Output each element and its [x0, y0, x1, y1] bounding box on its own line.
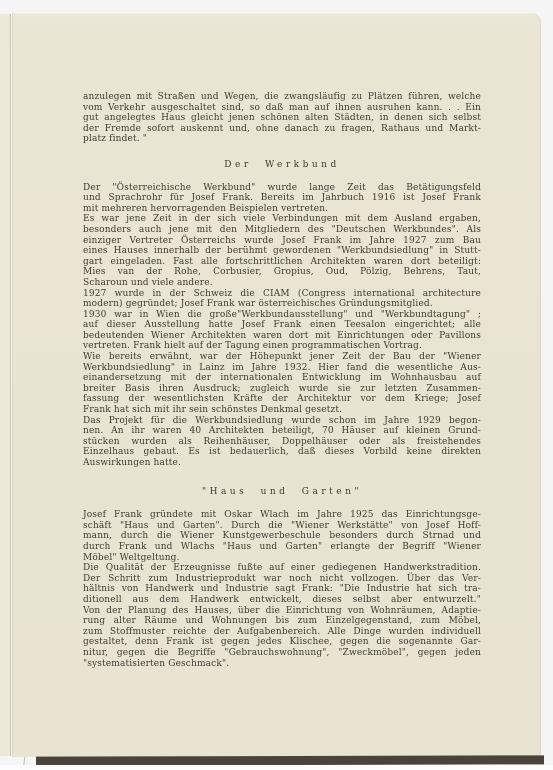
text-line: Wie bereits erwähnt, war der Höhepunkt j… — [83, 352, 481, 363]
text-line: gestaltet, denn Frank ist gegen jedes Kl… — [83, 637, 481, 648]
opening-paragraph: anzulegen mit Straßen und Wegen, die zwa… — [83, 92, 481, 145]
text-line: vertreten. Frank hielt auf der Tagung ei… — [83, 341, 481, 352]
text-line: Es war jene Zeit in der sich viele Verbi… — [83, 214, 481, 225]
text-line: besonders auch jene mit den Mitgliedern … — [83, 225, 481, 236]
text-line: zum Stoffmuster reichte der Aufgabenbere… — [83, 627, 481, 638]
paragraph-werkbund: Der "Österreichische Werkbund" wurde lan… — [83, 183, 481, 469]
text-line: platz findet. " — [83, 134, 481, 145]
underlying-page-edge — [0, 14, 11, 756]
text-line: einandersetzung mit der internationalen … — [83, 373, 481, 384]
text-line: stücken wurden als Reihenhäuser, Doppelh… — [83, 437, 481, 448]
text-line: Der Schritt zum Industrieprodukt war noc… — [83, 574, 481, 585]
section-heading-werkbund: Der Werkbund — [83, 160, 481, 171]
text-line: mit mehreren hervorragenden Beispielen v… — [83, 204, 481, 215]
text-line: Die Qualität der Erzeugnisse fußte auf e… — [83, 563, 481, 574]
text-line: Frank hat sich mit ihr sein schönstes De… — [83, 405, 481, 416]
text-line: anzulegen mit Straßen und Wegen, die zwa… — [83, 92, 481, 103]
text-line: 1930 war in Wien die große"Werkbundausst… — [83, 310, 481, 321]
text-line: nitur, gegen die Begriffe "Gebrauchswohn… — [83, 648, 481, 659]
text-line: durch Frank und Wlachs "Haus und Garten"… — [83, 542, 481, 553]
text-line: nen. An ihr waren 40 Architekten beteili… — [83, 426, 481, 437]
text-line: Mies van der Rohe, Corbusier, Gropius, O… — [83, 267, 481, 278]
text-line: Möbel" Weltgeltung. — [83, 553, 481, 564]
text-line: rung alter Räume und Wohnungen bis zum E… — [83, 616, 481, 627]
text-line: Auswirkungen hatte. — [83, 458, 481, 469]
scanned-page-sheet: anzulegen mit Straßen und Wegen, die zwa… — [12, 13, 541, 757]
text-line: Werkbundsiedlung" in Lainz im Jahre 1932… — [83, 363, 481, 374]
text-line: 1927 wurde in der Schweiz die CIAM (Cong… — [83, 289, 481, 300]
scanner-background — [0, 765, 553, 770]
text-line: Das Projekt für die Werkbundsiedlung wur… — [83, 416, 481, 427]
text-line: bedeutenden Wiener Architekten waren dor… — [83, 331, 481, 342]
text-line: modern) gegründet; Josef Frank war öster… — [83, 299, 481, 310]
text-line: schäft "Haus und Garten". Durch die "Wie… — [83, 521, 481, 532]
text-line: Von der Planung des Hauses, über die Ein… — [83, 606, 481, 617]
text-line: Einzelhaus gebaut. Es ist bedauerlich, d… — [83, 447, 481, 458]
text-column: anzulegen mit Straßen und Wegen, die zwa… — [83, 92, 481, 669]
text-line: einziger Vertreter Österreichs wurde Jos… — [83, 236, 481, 247]
text-line: fassung der wesentlichsten Kräfte der Ar… — [83, 394, 481, 405]
text-line: ditionell aus dem Handwerk entwickelt, d… — [83, 595, 481, 606]
text-line: hältnis von Handwerk und Industrie sagt … — [83, 584, 481, 595]
text-line: und Sprachrohr für Josef Frank. Bereits … — [83, 193, 481, 204]
text-line: gart eingeladen. Fast alle fortschrittli… — [83, 257, 481, 268]
text-line: vom Verkehr ausgeschaltet sind, so daß m… — [83, 103, 481, 114]
paragraph-haus-und-garten: Josef Frank gründete mit Oskar Wlach im … — [83, 510, 481, 669]
text-line: der Fremde sofort auskennt und, ohne dan… — [83, 124, 481, 135]
text-line: "systematisierten Geschmack". — [83, 659, 481, 670]
text-line: Josef Frank gründete mit Oskar Wlach im … — [83, 510, 481, 521]
text-line: Scharoun und viele andere. — [83, 278, 481, 289]
text-line: breiter Basis ihren Ausdruck; zugleich w… — [83, 384, 481, 395]
text-line: mann, durch die Wiener Kunstgewerbeschul… — [83, 531, 481, 542]
text-line: gut angelegtes Haus gleicht jenen schöne… — [83, 113, 481, 124]
text-line: auf dieser Ausstellung hatte Josef Frank… — [83, 320, 481, 331]
section-heading-haus-und-garten: "Haus und Garten" — [83, 487, 481, 498]
text-line: Der "Österreichische Werkbund" wurde lan… — [83, 183, 481, 194]
text-line: eines Hauses innerhalb der berühmt gewor… — [83, 246, 481, 257]
